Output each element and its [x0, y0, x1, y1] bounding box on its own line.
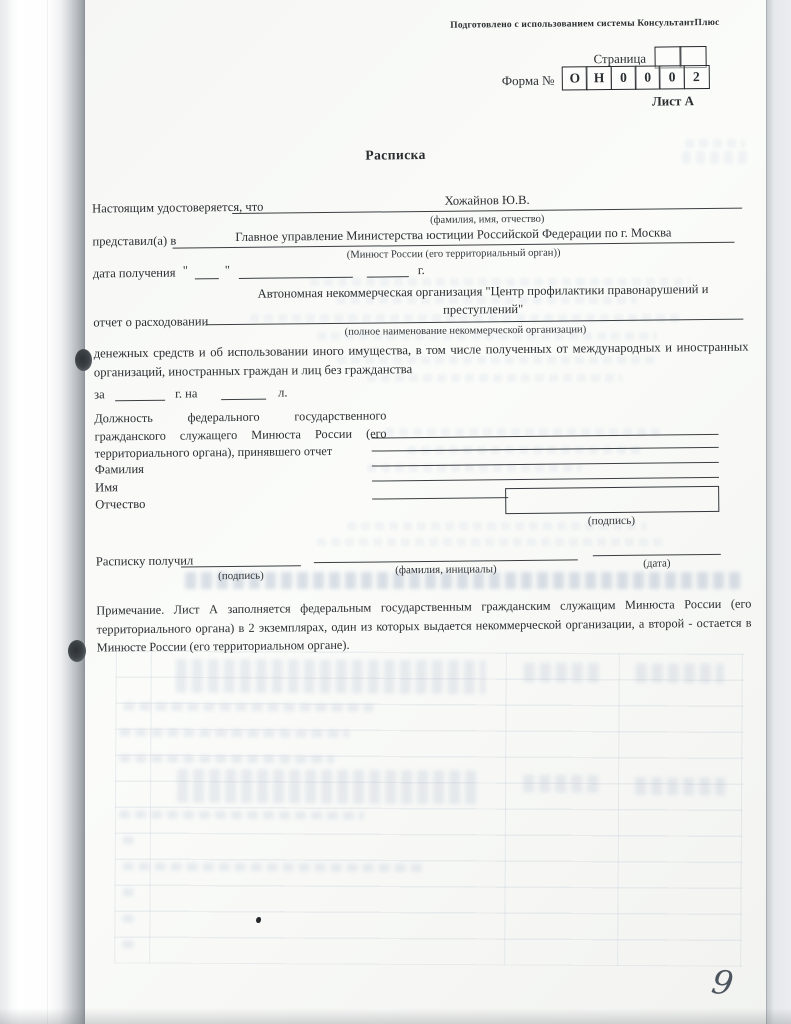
org-name-line1: Автономная некоммерческая организация "Ц… — [208, 282, 758, 303]
report-sublabel: (полное наименование некоммерческой орга… — [205, 323, 725, 339]
org-name-line2: преступлений" — [208, 300, 758, 321]
submitted-label: представил(а) в — [92, 234, 176, 250]
form-code-char: 0 — [669, 69, 676, 85]
patronymic-line — [372, 497, 508, 499]
form-code-char: 0 — [620, 70, 627, 86]
surname-line — [372, 462, 719, 467]
form-number-label: Форма № — [502, 73, 555, 90]
position-line-1 — [372, 434, 719, 439]
receipt-name-sublabel: (фамилия, инициалы) — [334, 563, 558, 577]
receive-date-label: дата получения — [93, 266, 176, 282]
position-line: территориального органа), принявшего отч… — [95, 442, 387, 463]
surname-label: Фамилия — [95, 462, 144, 478]
receipt-date-line — [593, 554, 721, 556]
page-crease — [47, 0, 48, 1024]
receipt-signature-line — [181, 565, 301, 567]
scan-right-gutter — [767, 0, 791, 1024]
form-code-cell: 2 — [683, 65, 709, 89]
official-position-block: Должность федерального государственного … — [94, 407, 387, 463]
prepared-with-note: Подготовлено с использованием системы Ко… — [450, 18, 696, 31]
open-quote: " — [183, 263, 188, 278]
signature-sublabel: (подпись) — [505, 514, 717, 528]
form-code-cell: О — [562, 66, 588, 90]
note-paragraph: Примечание. Лист А заполняется федеральн… — [96, 595, 752, 657]
form-code-cell: 0 — [610, 66, 636, 90]
scanned-document: { "scan": { "prepared_note": "Подготовле… — [0, 0, 791, 1024]
printed-content: Подготовлено с использованием системы Ко… — [80, 0, 772, 1024]
period-za-label: за — [94, 387, 105, 402]
name-line — [372, 477, 719, 482]
signature-box — [505, 486, 719, 514]
year-suffix: г. — [418, 263, 425, 278]
form-code-char: 0 — [644, 70, 651, 86]
period-sheets-line — [221, 399, 266, 400]
receipt-label: Расписку получил — [96, 553, 194, 569]
hole-punch — [75, 349, 92, 371]
form-code-char: О — [569, 70, 580, 86]
report-label: отчет о расходовании — [93, 314, 208, 330]
body-paragraph: денежных средств и об использовании иног… — [94, 338, 749, 382]
document-title: Расписка — [82, 144, 710, 167]
position-line-2 — [372, 447, 719, 452]
name-label: Имя — [95, 480, 118, 495]
submitted-sublabel: (Минюст России (его территориальный орга… — [173, 246, 735, 263]
patronymic-label: Отчество — [95, 497, 145, 513]
period-l-label: л. — [278, 385, 288, 400]
document-page: Подготовлено с использованием системы Ко… — [85, 0, 767, 1024]
day-line — [195, 278, 219, 279]
position-line: гражданского служащего Минюста России (е… — [94, 425, 386, 446]
period-g-na-label: г. на — [175, 386, 198, 401]
month-line — [239, 277, 353, 279]
receipt-signature-sublabel: (подпись) — [181, 569, 301, 582]
form-code-boxes: О Н 0 0 0 2 — [562, 65, 710, 91]
receipt-date-sublabel: (дата) — [593, 557, 721, 570]
period-year-line — [115, 400, 165, 402]
form-code-char: 2 — [693, 69, 700, 85]
sheet-label: Лист А — [652, 93, 694, 109]
form-code-cell: 0 — [635, 66, 661, 90]
close-quote: " — [225, 263, 230, 278]
binder-margin — [0, 0, 85, 1024]
year-line — [367, 276, 409, 277]
hole-punch — [68, 640, 86, 662]
form-code-char: Н — [594, 70, 605, 86]
form-code-cell: Н — [586, 66, 612, 90]
form-code-cell: 0 — [659, 65, 685, 89]
